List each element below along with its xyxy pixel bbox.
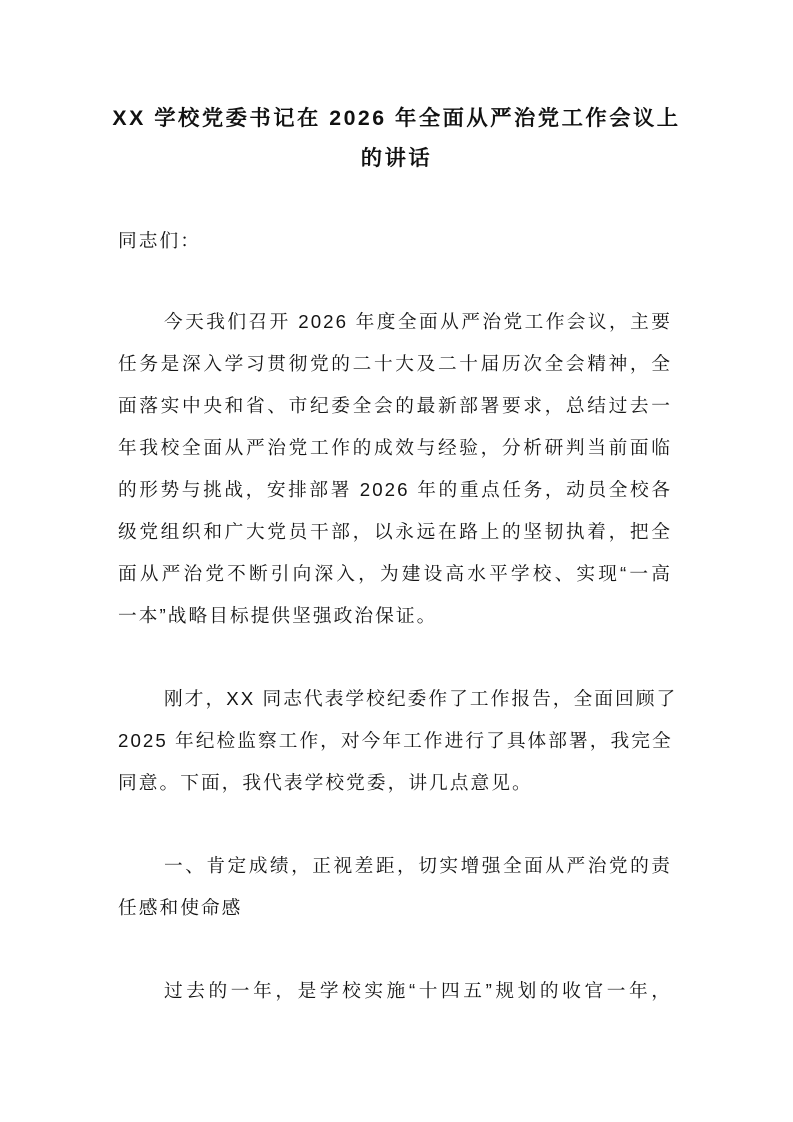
heading-line: 任感和使命感 <box>118 887 672 929</box>
paragraph-line: 年我校全面从严治党工作的成效与经验，分析研判当前面临 <box>118 427 672 469</box>
section-heading-1: 一、肯定成绩，正视差距，切实增强全面从严治党的责 任感和使命感 <box>118 845 672 929</box>
paragraph-line: 刚才，XX 同志代表学校纪委作了工作报告，全面回顾了 <box>118 678 672 720</box>
heading-line: 一、肯定成绩，正视差距，切实增强全面从严治党的责 <box>118 845 672 887</box>
paragraph-line: 一本”战略目标提供坚强政治保证。 <box>118 595 672 637</box>
paragraph-past-year: 过去的一年，是学校实施“十四五”规划的收官一年， <box>118 970 672 1012</box>
title-line: 的讲话 <box>0 138 793 178</box>
paragraph-line: 级党组织和广大党员干部，以永远在路上的坚韧执着，把全 <box>118 511 672 553</box>
paragraph-line: 2025 年纪检监察工作，对今年工作进行了具体部署，我完全 <box>118 720 672 762</box>
paragraph-opening: 今天我们召开 2026 年度全面从严治党工作会议，主要 任务是深入学习贯彻党的二… <box>118 301 672 637</box>
paragraph-line: 面落实中央和省、市纪委全会的最新部署要求，总结过去一 <box>118 385 672 427</box>
paragraph-line: 过去的一年，是学校实施“十四五”规划的收官一年， <box>118 970 672 1012</box>
paragraph-line: 的形势与挑战，安排部署 2026 年的重点任务，动员全校各 <box>118 469 672 511</box>
document-page: XX 学校党委书记在 2026 年全面从严治党工作会议上 的讲话 同志们： 今天… <box>0 0 793 1122</box>
paragraph-line: 今天我们召开 2026 年度全面从严治党工作会议，主要 <box>118 301 672 343</box>
paragraph-line: 任务是深入学习贯彻党的二十大及二十届历次全会精神，全 <box>118 343 672 385</box>
paragraph-line: 面从严治党不断引向深入，为建设高水平学校、实现“一高 <box>118 553 672 595</box>
salutation-text: 同志们： <box>118 220 672 262</box>
salutation: 同志们： <box>118 220 672 262</box>
paragraph-report-review: 刚才，XX 同志代表学校纪委作了工作报告，全面回顾了 2025 年纪检监察工作，… <box>118 678 672 804</box>
document-title: XX 学校党委书记在 2026 年全面从严治党工作会议上 的讲话 <box>0 98 793 178</box>
title-line: XX 学校党委书记在 2026 年全面从严治党工作会议上 <box>0 98 793 138</box>
paragraph-line: 同意。下面，我代表学校党委，讲几点意见。 <box>118 762 672 804</box>
